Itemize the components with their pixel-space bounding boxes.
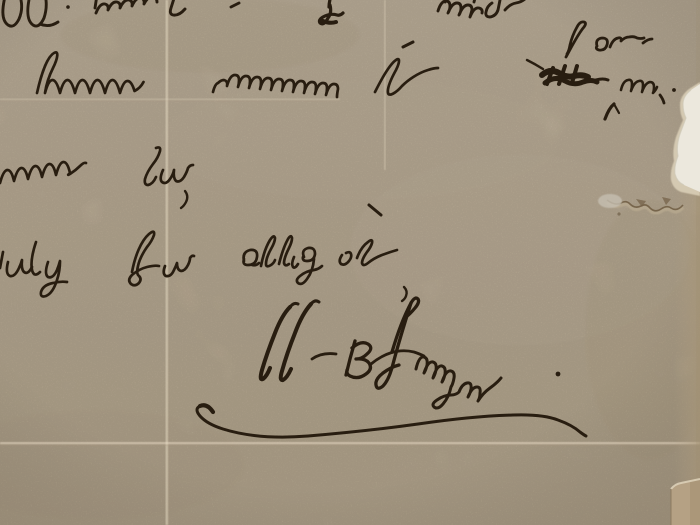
letter-photograph: aged letter paper vertical fold crease h…	[0, 0, 700, 525]
under-paper-patch: corner of underlying paper layer	[671, 479, 700, 525]
fold-crease-horizontal-faint	[0, 99, 340, 102]
fold-crease-vertical-faint	[384, 0, 386, 170]
letter-photo-canvas: aged letter paper vertical fold crease h…	[0, 0, 700, 525]
fold-crease-vertical: vertical fold crease	[166, 0, 170, 525]
fold-crease-horizontal: horizontal fold crease	[0, 442, 700, 446]
